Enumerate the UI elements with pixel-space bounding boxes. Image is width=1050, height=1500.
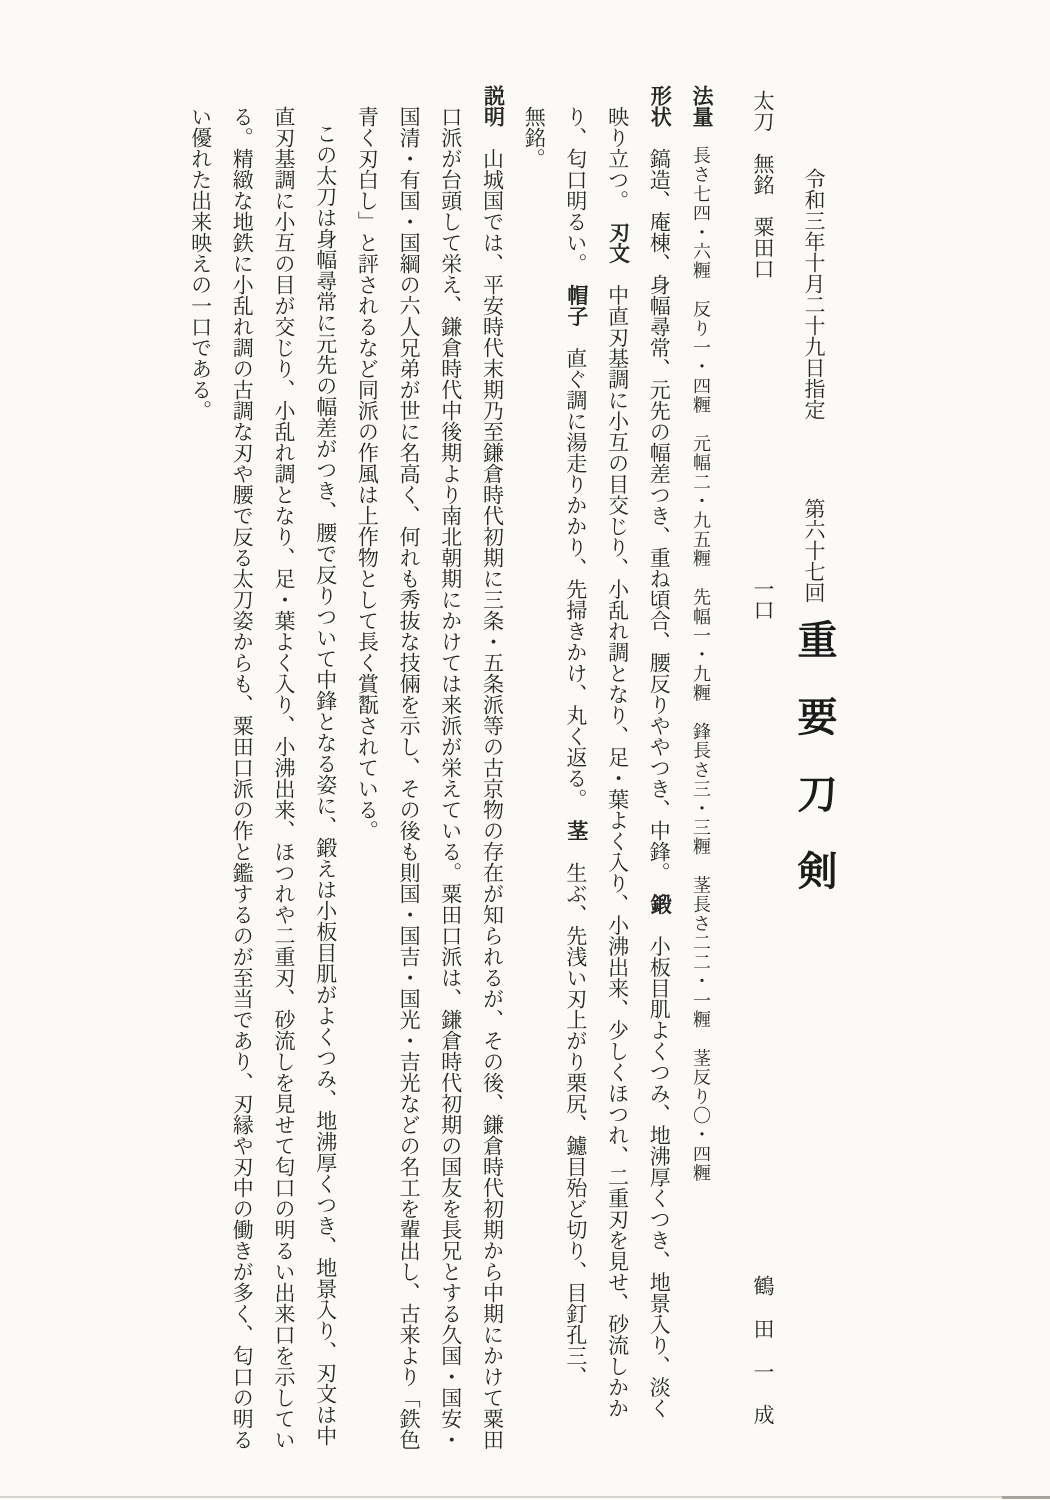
body-text: 国清・有国・国綱の六人兄弟が世に名高く、何れも秀抜な技倆を示し、その後も則国・国… <box>397 106 421 1450</box>
body-text: る。精緻な地鉄に小乱れ調の古調な刃や腰で反る太刀姿からも、粟田口派の作と鑑するの… <box>230 106 254 1450</box>
body-text: 直ぐ調に湯走りかかり、先掃きかけ、丸く返る。 <box>564 327 588 821</box>
body-text: 中直刃基調に小互の目交じり、小乱れ調となり、足・葉よく入り、小沸出来、少しくほつ… <box>606 264 630 1419</box>
body-text: 山城国では、平安時代末期乃至鎌倉時代初期に三条・五条派等の古京物の存在が知られる… <box>481 127 505 1450</box>
body-text: 長さ七四・六糎 反り一・四糎 元幅二・九五糎 先幅一・九糎 鋒長さ三・三糎 茎長… <box>691 127 711 1183</box>
body-text: 鎬造、庵棟、身幅尋常、元先の幅差つき、重ね頃合、腰反りややつき、中鋒。 <box>647 127 671 894</box>
body-text: い優れた出来映えの一口である。 <box>189 106 213 421</box>
body-text: 無銘。 <box>522 106 546 169</box>
shape-and-forging-column: 形状 鎬造、庵棟、身幅尋常、元先の幅差つき、重ね頃合、腰反りややつき、中鋒。 鍛… <box>648 85 670 1419</box>
description-column-2: 口派が台頭して栄え、鎌倉時代中後期より南北朝期にかけては来派が栄えている。粟田口… <box>440 85 461 1450</box>
section-label: 刃文 <box>607 222 630 264</box>
body-text: 直刃基調に小互の目が交じり、小乱れ調となり、足・葉よく入り、小沸出来、ほつれや二… <box>272 106 296 1450</box>
header-column: 令和三年十月二十九日指定第六十七回重要刀剣 <box>794 168 834 927</box>
description-column-5: この太刀は身幅尋常に元先の幅差がつき、腰で反りついて中鋒となる姿に、鍛えは小板目… <box>315 85 336 1446</box>
scan-edge-corner <box>1002 1496 1050 1499</box>
document-title: 重要刀剣 <box>792 619 837 927</box>
item-count: 一口 <box>751 578 775 620</box>
description-column-3: 国清・有国・国綱の六人兄弟が世に名高く、何れも秀抜な技倆を示し、その後も則国・国… <box>398 85 419 1450</box>
body-text: 小板目肌よくつみ、地沸厚くつき、地景入り、淡く <box>647 915 671 1419</box>
description-column-4: 青く刃白し」と評されるなど同派の作風は上作物として長く賞翫されている。 <box>356 85 377 841</box>
session-number: 第六十七回 <box>802 498 826 603</box>
owner-name: 鶴田一成 <box>751 1275 775 1447</box>
section-label: 鍛 <box>648 894 671 915</box>
designation-date: 令和三年十月二十九日指定 <box>802 168 826 420</box>
body-text: 口派が台頭して栄え、鎌倉時代中後期より南北朝期にかけては来派が栄えている。粟田口… <box>439 106 463 1450</box>
description-column-1: 説明 山城国では、平安時代末期乃至鎌倉時代初期に三条・五条派等の古京物の存在が知… <box>482 85 504 1450</box>
section-label: 法量 <box>690 85 713 127</box>
description-column-6: 直刃基調に小互の目が交じり、小乱れ調となり、足・葉よく入り、小沸出来、ほつれや二… <box>273 85 294 1450</box>
description-column-7: る。精緻な地鉄に小乱れ調の古調な刃や腰で反る太刀姿からも、粟田口派の作と鑑するの… <box>231 85 252 1450</box>
measurements-column: 法量 長さ七四・六糎 反り一・四糎 元幅二・九五糎 先幅一・九糎 鋒長さ三・三糎… <box>690 85 712 1183</box>
scan-edge-line <box>0 1496 1050 1498</box>
body-text: 映り立つ。 <box>606 106 630 222</box>
body-text: この太刀は身幅尋常に元先の幅差がつき、腰で反りついて中鋒となる姿に、鍛えは小板目… <box>314 123 338 1446</box>
hamon-column: 映り立つ。 刃文 中直刃基調に小互の目交じり、小乱れ調となり、足・葉よく入り、小… <box>607 85 629 1419</box>
item-heading: 太刀 無銘 粟田口 <box>751 90 775 279</box>
boshi-and-tang-column: り、匂口明るい。 帽子 直ぐ調に湯走りかかり、先掃きかけ、丸く返る。 茎 生ぶ、… <box>565 85 587 1387</box>
body-text: り、匂口明るい。 <box>564 106 588 285</box>
section-label: 茎 <box>565 820 588 841</box>
section-label: 説明 <box>482 85 505 127</box>
body-text: 生ぶ、先浅い刃上がり栗尻、鑢目殆ど切り、目釘孔三、 <box>564 841 588 1387</box>
item-column: 太刀 無銘 粟田口一口鶴田一成 <box>752 90 773 1447</box>
signature-column: 無銘。 <box>523 85 544 169</box>
description-column-8: い優れた出来映えの一口である。 <box>190 85 211 421</box>
page: 令和三年十月二十九日指定第六十七回重要刀剣 太刀 無銘 粟田口一口鶴田一成 法量… <box>0 0 1050 1500</box>
section-label: 形状 <box>648 85 671 127</box>
body-text: 青く刃白し」と評されるなど同派の作風は上作物として長く賞翫されている。 <box>355 106 379 841</box>
section-label: 帽子 <box>565 285 588 327</box>
